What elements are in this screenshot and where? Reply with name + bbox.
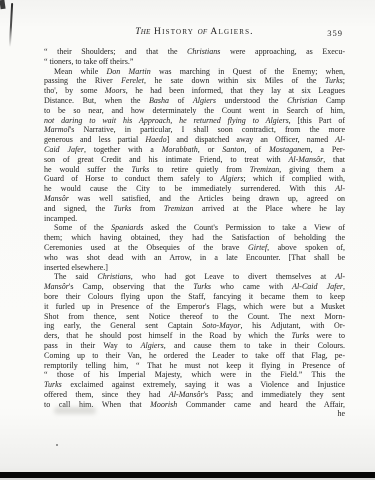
page-header: The History of Algiers. 359 <box>44 27 345 39</box>
paragraph: Mean while Don Martin was marching in Qu… <box>44 67 345 224</box>
text-line: Mansôr was well satisfied, and the Artic… <box>44 194 345 204</box>
text-line: who was shot dead with an Arrow, in a la… <box>44 253 345 263</box>
text-line: incamped. <box>44 214 345 224</box>
ink-smudge-artifact <box>54 407 96 414</box>
text-line: he would cause the City to be immediatel… <box>44 184 345 194</box>
text-line: inserted elsewhere.] <box>44 263 345 273</box>
text-line: he would suffer the Turks to retire quie… <box>44 165 345 175</box>
scan-edge-line-artifact <box>9 3 13 47</box>
paragraph: The said Christians, who had got Leave t… <box>44 272 345 409</box>
running-title: The History of Algiers. <box>44 27 345 37</box>
text-line: Marmol's Narrative, in particular, I sha… <box>44 125 345 135</box>
text-line: The said Christians, who had got Leave t… <box>44 272 345 282</box>
text-line: Caid Jafer, together with a Morabbath, o… <box>44 145 345 155</box>
text-line: them; which having obtained, they had th… <box>44 233 345 243</box>
text-line: it furled up in Presence of the Emperor'… <box>44 302 345 312</box>
text-line: Guard of Horse to conduct them safely to… <box>44 174 345 184</box>
text-line: to be so near, and how determinately the… <box>44 106 345 116</box>
text-line: generous and less partial Haedo] and dis… <box>44 135 345 145</box>
text-line: ing early, the General sent Captain Soto… <box>44 321 345 331</box>
text-line: and signed, the Turks from Tremizan arri… <box>44 204 345 214</box>
text-block: “ their Shoulders; and that the Christia… <box>44 47 345 419</box>
paragraph: “ their Shoulders; and that the Christia… <box>44 47 345 67</box>
text-line: son of great Credit and his intimate Fri… <box>44 155 345 165</box>
text-line: Coming up to their Van, he ordered the L… <box>44 351 345 361</box>
text-line: offered them, since they had Al-Mansôr's… <box>44 390 345 400</box>
text-line: tho', by some Moors, he had been informe… <box>44 86 345 96</box>
text-line: “ their Shoulders; and that the Christia… <box>44 47 345 57</box>
text-line: Turks exclaimed against extremely, sayin… <box>44 380 345 390</box>
text-line: not daring to wait his Approach, he retu… <box>44 116 345 126</box>
text-line: passing the River Ferelet, he sate down … <box>44 76 345 86</box>
text-line: Some of the Spaniards asked the Count's … <box>44 223 345 233</box>
text-line: remptorily telling him, “ That he must n… <box>44 361 345 371</box>
text-line: Mean while Don Martin was marching in Qu… <box>44 67 345 77</box>
text-line: “ those of his Imperial Majesty, which w… <box>44 370 345 380</box>
paragraph: Some of the Spaniards asked the Count's … <box>44 223 345 272</box>
scan-corner-artifact <box>0 0 6 9</box>
book-page-scan: The History of Algiers. 359 “ their Shou… <box>0 0 375 480</box>
text-line: Ceremonies used at the Obsequies of the … <box>44 243 345 253</box>
text-line: pass in their Way to Algiers, and cause … <box>44 341 345 351</box>
text-line: Distance. But, when the Basha of Algiers… <box>44 96 345 106</box>
text-line: Shot from thence, sent Notice thereof to… <box>44 312 345 322</box>
speck-artifact <box>56 444 58 446</box>
text-line: Mansôr's Camp, observing that the Turks … <box>44 282 345 292</box>
text-line: ders, that he should post himself in the… <box>44 331 345 341</box>
page-number: 359 <box>327 28 343 38</box>
text-line: “ tioners, to take off theirs.” <box>44 57 345 67</box>
text-line: bore their Colours flying upon the Staff… <box>44 292 345 302</box>
